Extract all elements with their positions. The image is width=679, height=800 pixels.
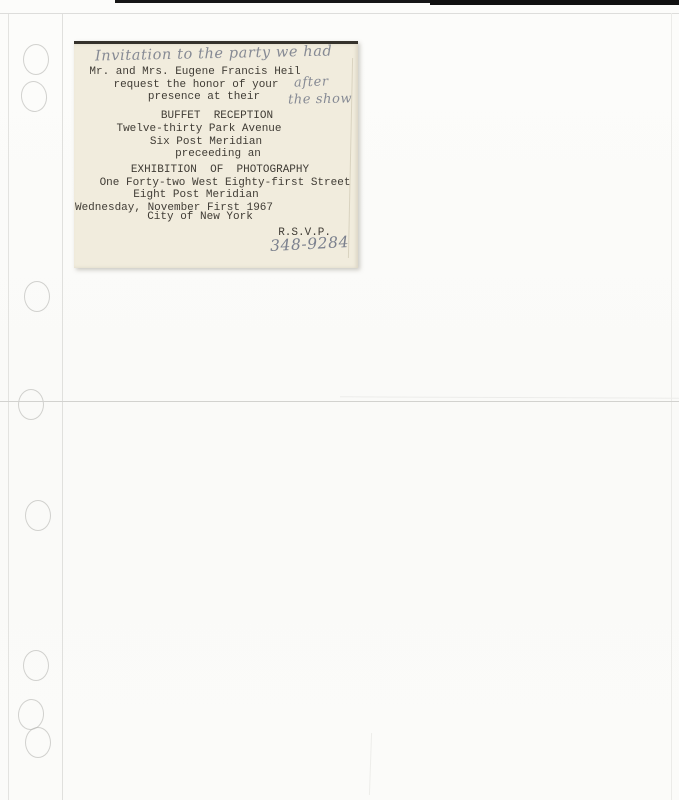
- typed-line-city: City of New York: [58, 211, 342, 224]
- punch-hole: [25, 500, 51, 531]
- punch-hole: [24, 281, 50, 312]
- sleeve-pocket-seam-highlight: [340, 396, 679, 398]
- punch-hole: [18, 389, 44, 420]
- typed-line-park-avenue: Twelve-thirty Park Avenue: [57, 123, 341, 136]
- typed-line-hosts: Mr. and Mrs. Eugene Francis Heil: [53, 66, 337, 79]
- sleeve-top-edge-line: [0, 13, 679, 14]
- scanner-edge-bar-thick: [430, 0, 679, 5]
- typed-line-street-address: One Forty-two West Eighty-first Street: [83, 177, 367, 190]
- handwritten-note-header: Invitation to the party we had: [95, 44, 333, 65]
- invitation-card: Invitation to the party we had after the…: [74, 41, 358, 268]
- typed-line-eight-pm: Eight Post Meridian: [54, 189, 338, 202]
- punch-hole: [23, 650, 49, 681]
- punch-hole: [23, 44, 49, 75]
- typed-text-block: Mr. and Mrs. Eugene Francis Heil request…: [74, 66, 358, 240]
- punch-hole: [16, 698, 45, 732]
- punch-hole: [25, 727, 51, 758]
- handwritten-phone-number: 348-9284: [270, 233, 350, 255]
- typed-line-buffet-reception: BUFFET RECEPTION: [75, 110, 359, 123]
- sleeve-crease: [369, 733, 372, 795]
- punch-hole: [19, 79, 49, 113]
- typed-line-presence: presence at their: [62, 91, 346, 104]
- binder-strip-outer-line: [8, 14, 9, 800]
- sleeve-right-edge-line: [671, 13, 672, 800]
- typed-line-preceeding: preceeding an: [76, 148, 360, 161]
- typed-line-six-pm: Six Post Meridian: [64, 136, 348, 149]
- sleeve-pocket-seam: [0, 401, 679, 402]
- typed-line-exhibition: EXHIBITION OF PHOTOGRAPHY: [78, 164, 362, 177]
- typed-line-request: request the honor of your: [54, 79, 338, 92]
- scanned-album-page: Invitation to the party we had after the…: [0, 0, 679, 800]
